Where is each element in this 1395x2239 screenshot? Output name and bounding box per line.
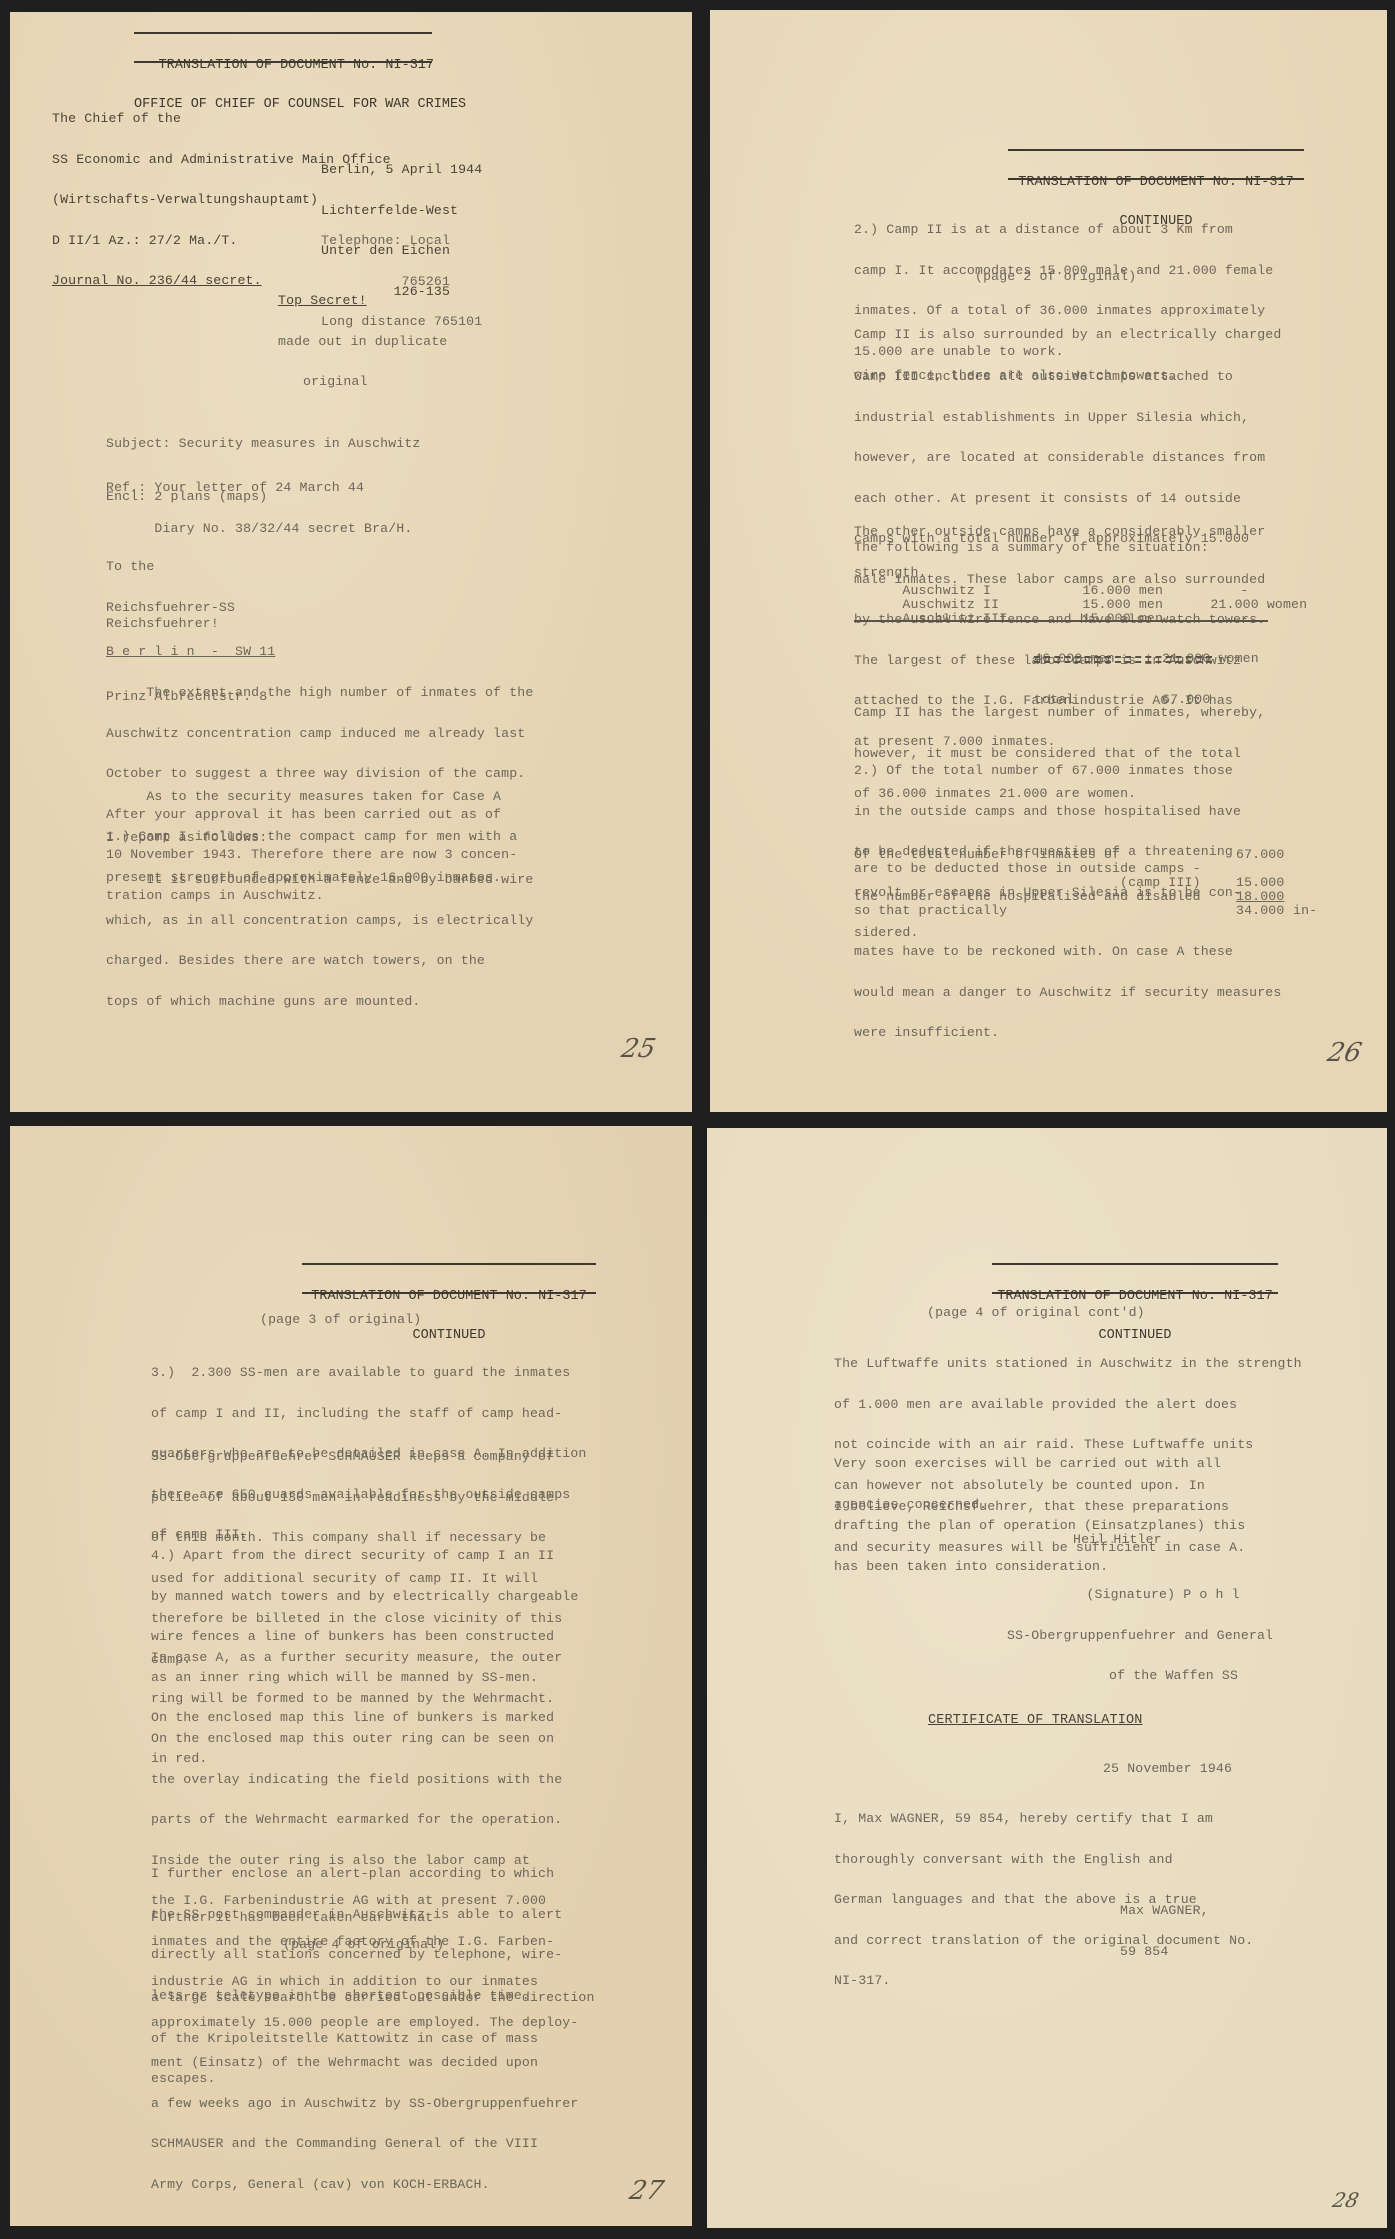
closing: Heil Hitler: [1073, 1533, 1162, 1547]
sender-line: The Chief of the: [52, 112, 391, 126]
copies-note: made out in duplicate: [278, 335, 447, 349]
text-line: mates have to be reckoned with. On case …: [854, 945, 1281, 959]
total-men: 46.000 men: [1034, 652, 1162, 666]
text-line: As to the security measures taken for Ca…: [106, 790, 501, 804]
text-line: of camp I and II, including the staff of…: [151, 1407, 586, 1421]
addressee-line: To the: [106, 560, 275, 574]
place-date: Berlin, 5 April 1944: [321, 163, 482, 177]
text-line: I believe, Reichsfuehrer, that these pre…: [834, 1500, 1245, 1514]
women-count: -: [1210, 612, 1340, 626]
men-count: 15.000 men: [1082, 612, 1210, 626]
text-line: the overlay indicating the field positio…: [151, 1773, 578, 1787]
addressee-city: B e r l i n - SW 11: [106, 645, 275, 659]
signature-title: SS-Obergruppenfuehrer and General: [1007, 1629, 1273, 1643]
text-line: Camp III includes all outside camps atta…: [854, 370, 1265, 384]
calc-label: the number of the hospitalised and disab…: [854, 890, 1201, 904]
text-line: The Luftwaffe units stationed in Auschwi…: [834, 1357, 1302, 1371]
summary-rule: [854, 620, 1268, 622]
header-rule: [134, 61, 432, 63]
paragraph-conclusion: mates have to be reckoned with. On case …: [854, 918, 1281, 1067]
handwritten-page-number: 25: [619, 1034, 658, 1064]
text-line: parts of the Wehrmacht earmarked for the…: [151, 1813, 578, 1827]
text-line: ring will be formed to be manned by the …: [151, 1692, 578, 1706]
telephone-line: Telephone: Local: [321, 234, 482, 248]
text-line: tops of which machine guns are mounted.: [106, 995, 533, 1009]
subject-line: Subject: Security measures in Auschwitz: [106, 437, 421, 451]
original-page-note: (page 4 of original): [283, 1938, 444, 1952]
text-line: 1.) Camp I includes the compact camp for…: [106, 830, 517, 844]
document-page-26: TRANSLATION OF DOCUMENT No. NI-317 CONTI…: [710, 10, 1387, 1112]
text-line: industrial establishments in Upper Siles…: [854, 411, 1265, 425]
text-line: which, as in all concentration camps, is…: [106, 914, 533, 928]
calc-value: 15.000: [1236, 876, 1284, 890]
text-line: escapes.: [151, 2072, 595, 2086]
text-line: SCHMAUSER and the Commanding General of …: [151, 2137, 578, 2151]
calc-suffix: in-: [1293, 904, 1317, 918]
enclosure-line: Encl: 2 plans (maps): [106, 490, 267, 504]
text-line: I further enclose an alert-plan accordin…: [151, 1867, 562, 1881]
text-line: Auschwitz concentration camp induced me …: [106, 727, 533, 741]
signature-block: (Signature) P o h l SS-Obergruppenfuehre…: [1007, 1561, 1273, 1710]
original-note: original: [278, 375, 447, 389]
header-rule: [992, 1292, 1278, 1294]
double-rule: [1034, 656, 1212, 658]
calc-value: 67.000: [1236, 848, 1284, 862]
translator-signature: Max WAGNER, 59 854: [1120, 1877, 1209, 1985]
handwritten-page-number: 26: [1325, 1038, 1364, 1068]
text-line: by manned watch towers and by electrical…: [151, 1590, 578, 1604]
certificate-date: 25 November 1946: [1103, 1762, 1232, 1776]
text-line: Camp II is also surrounded by an electri…: [854, 328, 1281, 342]
text-line: Very soon exercises will be carried out …: [834, 1457, 1221, 1471]
text-line: police of about 130 men in readiness by …: [151, 1491, 562, 1505]
document-page-28: TRANSLATION OF DOCUMENT No. NI-317 CONTI…: [707, 1128, 1387, 2228]
total-women: 21.000 women: [1162, 651, 1259, 666]
top-secret-label: Top Secret!: [278, 294, 447, 308]
text-line: of 1.000 men are available provided the …: [834, 1398, 1302, 1412]
text-line: would mean a danger to Auschwitz if secu…: [854, 986, 1281, 1000]
text-line: 2.) Of the total number of 67.000 inmate…: [854, 764, 1241, 778]
classification-block: Top Secret! made out in duplicate origin…: [278, 267, 447, 416]
paragraph-search: a large scale search be carried out unde…: [151, 1964, 595, 2113]
original-page-note: (page 2 of original): [975, 270, 1136, 284]
double-rule: [1034, 661, 1212, 663]
text-line: Army Corps, General (cav) von KOCH-ERBAC…: [151, 2178, 578, 2192]
handwritten-page-number: 27: [627, 2176, 666, 2206]
text-line: 2.) Camp II is at a distance of about 3 …: [854, 223, 1273, 237]
handwritten-page-number: 28: [1330, 2188, 1361, 2212]
translator-name: Max WAGNER,: [1120, 1904, 1209, 1918]
calc-value: 18.000: [1236, 890, 1284, 904]
original-page-note: (page 3 of original): [260, 1313, 421, 1327]
certificate-title: CERTIFICATE OF TRANSLATION: [928, 1714, 1143, 1728]
text-line: The other outside camps have a considera…: [854, 525, 1265, 539]
text-line: In case A, as a further security measure…: [151, 1651, 578, 1665]
calc-result: 34.000: [1236, 904, 1284, 918]
summary-intro: The following is a summary of the situat…: [854, 541, 1209, 555]
header-rule: [1008, 178, 1304, 180]
text-line: were insufficient.: [854, 1026, 1281, 1040]
text-line: in the outside camps and those hospitali…: [854, 805, 1241, 819]
text-line: a large scale search be carried out unde…: [151, 1991, 595, 2005]
salutation: Reichsfuehrer!: [106, 617, 219, 631]
text-line: of the Kripoleitstelle Kattowitz in case…: [151, 2032, 595, 2046]
text-line: On the enclosed map this outer ring can …: [151, 1732, 578, 1746]
paragraph-fence: It is surrounded with a fence and by bar…: [106, 846, 533, 1035]
calc-label: so that practically: [854, 904, 1007, 918]
calc-label: (camp III): [1120, 876, 1201, 890]
header-rule: [302, 1292, 596, 1294]
signature-line: (Signature) P o h l: [1007, 1588, 1273, 1602]
calc-label: Of the total number of inmates of: [854, 848, 1120, 862]
calc-label: are to be deducted those in outside camp…: [854, 862, 1201, 876]
translator-number: 59 854: [1120, 1945, 1209, 1959]
camp-name: Auschwitz III: [902, 612, 1082, 626]
text-line: however, are located at considerable dis…: [854, 451, 1265, 465]
text-line: Camp II has the largest number of inmate…: [854, 706, 1265, 720]
signature-title: of the Waffen SS: [1007, 1669, 1273, 1683]
text-line: 3.) 2.300 SS-men are available to guard …: [151, 1366, 586, 1380]
text-line: The extent and the high number of inmate…: [106, 686, 533, 700]
text-line: I, Max WAGNER, 59 854, hereby certify th…: [834, 1812, 1253, 1826]
text-line: SS-Obergruppenfuehrer SCHMAUSER keeps a …: [151, 1450, 562, 1464]
text-line: thoroughly conversant with the English a…: [834, 1853, 1253, 1867]
document-page-27: TRANSLATION OF DOCUMENT No. NI-317 CONTI…: [10, 1126, 692, 2226]
text-line: charged. Besides there are watch towers,…: [106, 954, 533, 968]
text-line: 4.) Apart from the direct security of ca…: [151, 1549, 578, 1563]
addressee-line: Reichsfuehrer-SS: [106, 601, 275, 615]
text-line: and security measures will be sufficient…: [834, 1541, 1245, 1555]
paragraph-further: Further it has been taken care that: [151, 1911, 433, 1925]
text-line: It is surrounded with a fence and by bar…: [106, 873, 533, 887]
original-page-note: (page 4 of original cont'd): [927, 1306, 1145, 1320]
document-page-25: TRANSLATION OF DOCUMENT No. NI-317 OFFIC…: [10, 12, 692, 1112]
